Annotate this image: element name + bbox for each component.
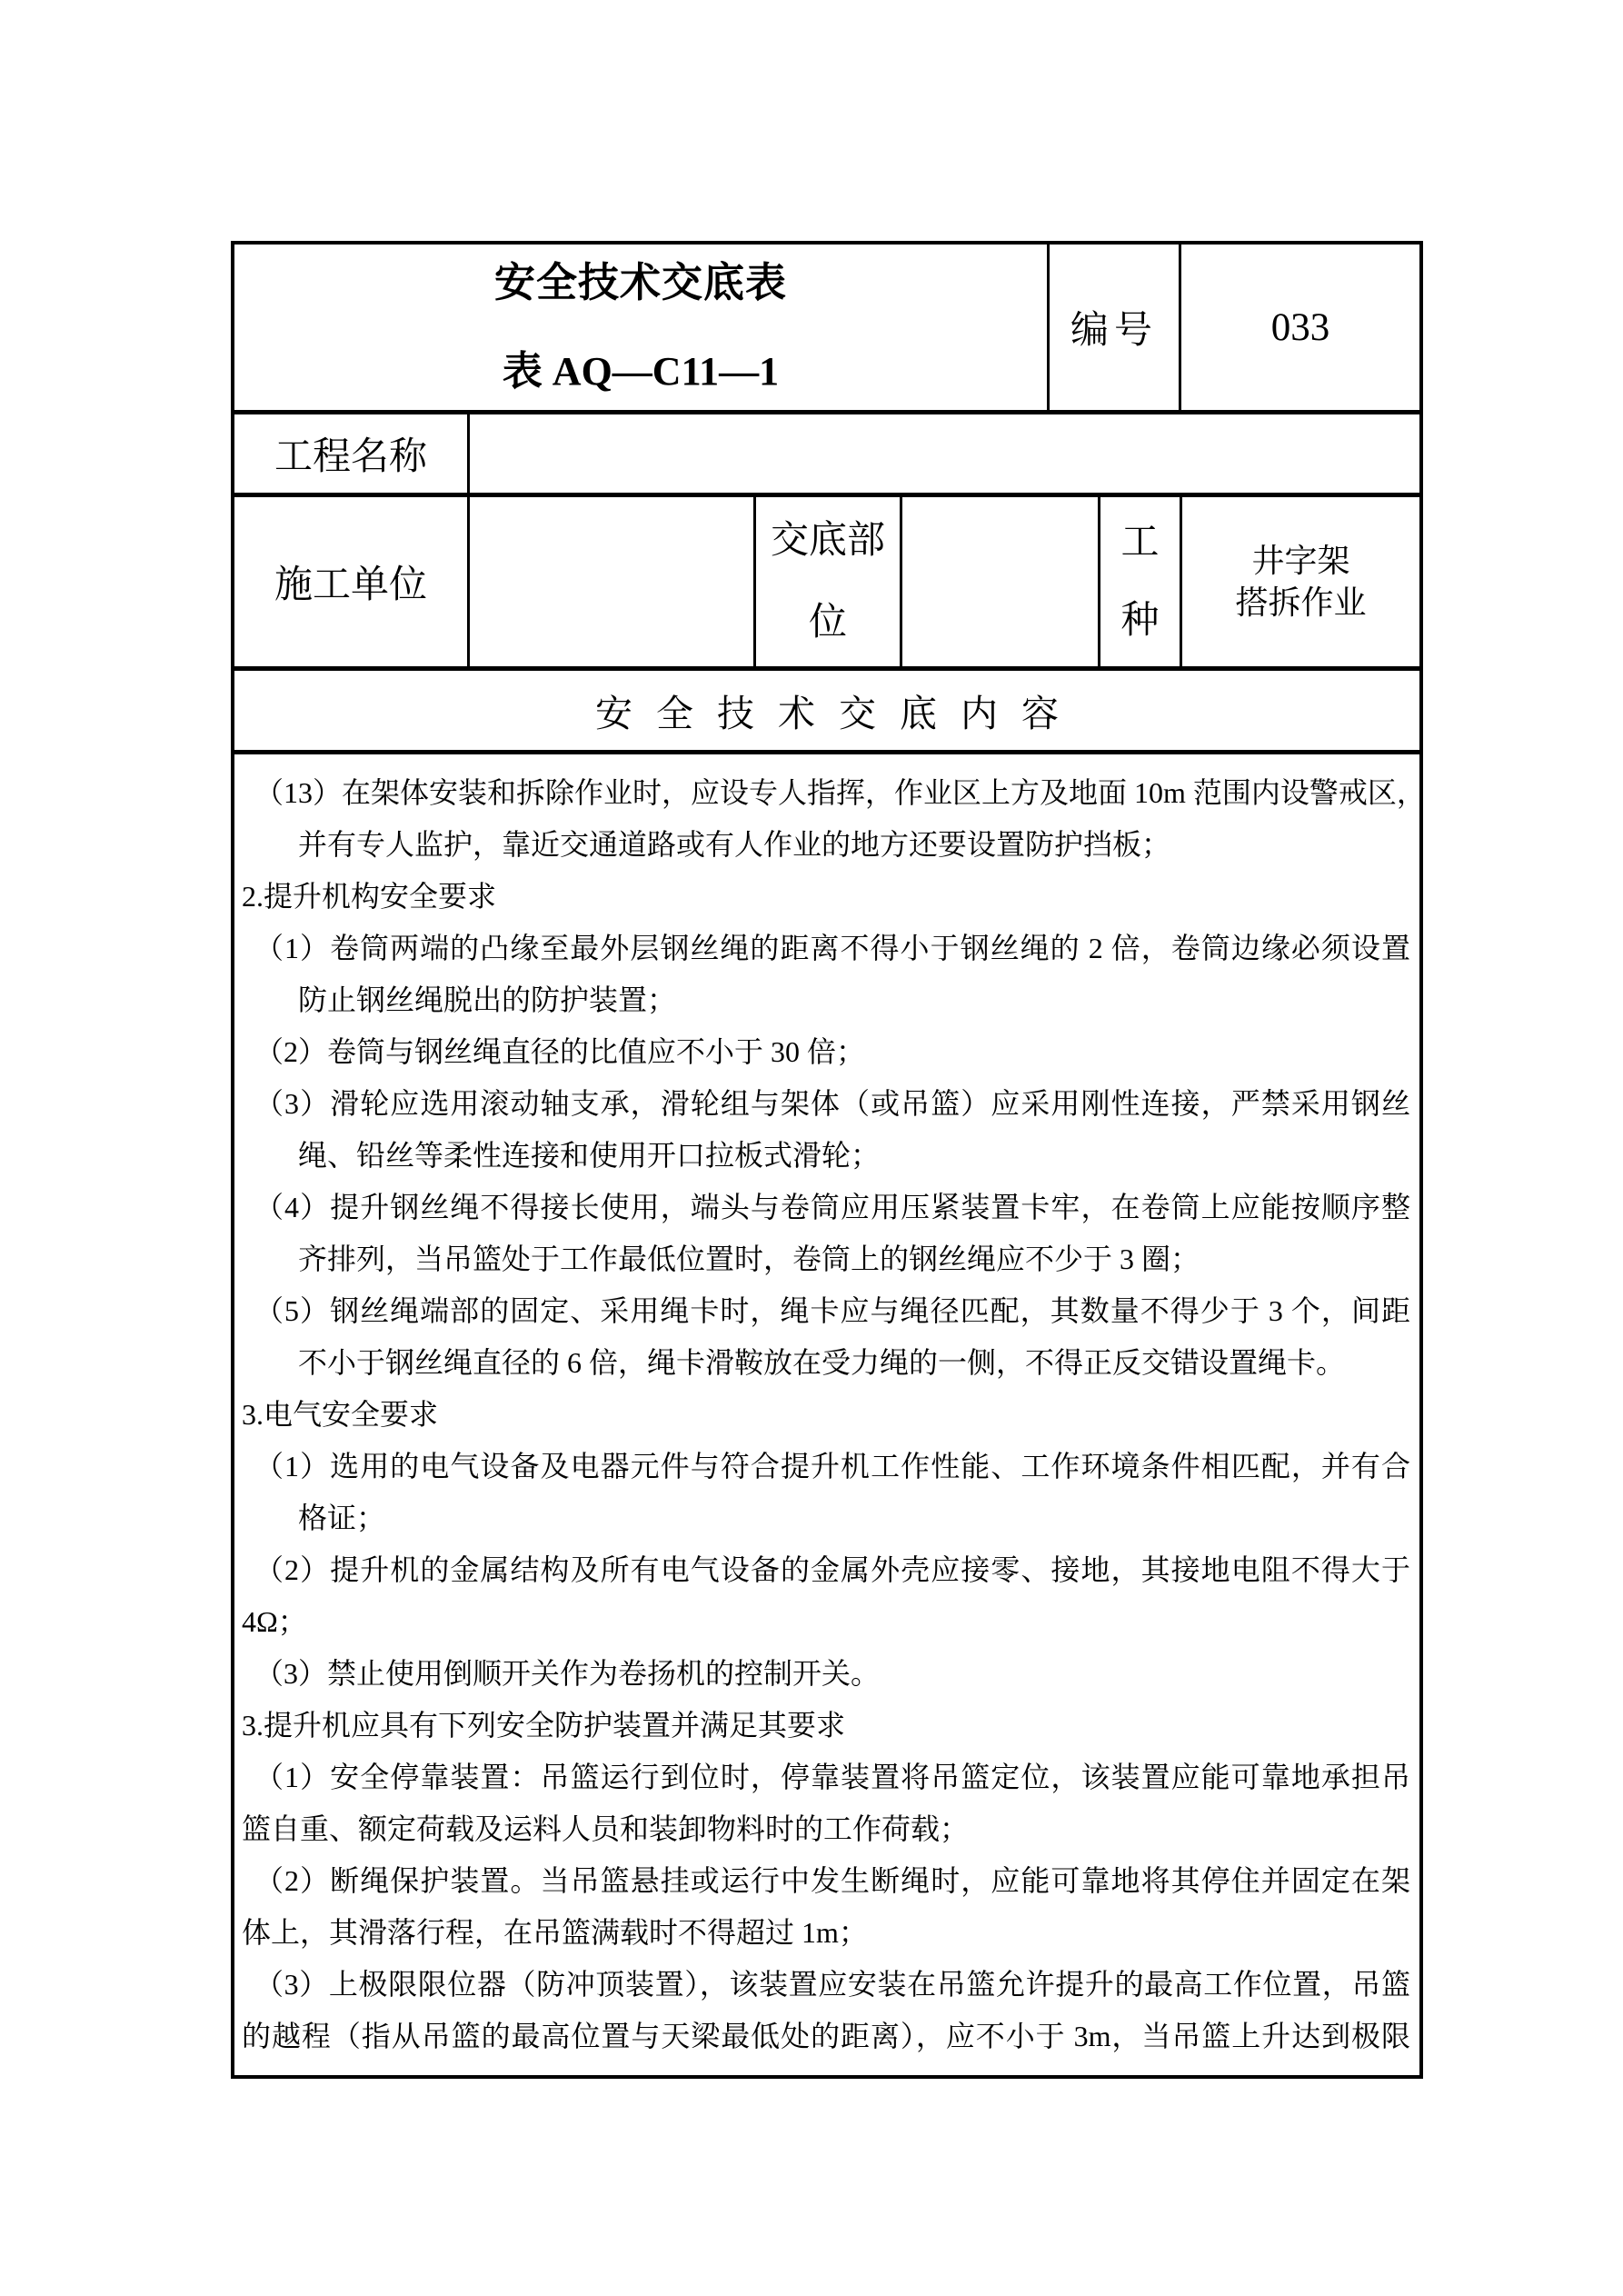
content-body-row: （13）在架体安装和拆除作业时，应设专人指挥，作业区上方及地面 10m 范围内设… bbox=[234, 754, 1419, 2075]
content-line: （2）卷筒与钢丝绳直径的比值应不小于 30 倍； bbox=[234, 1026, 1419, 1078]
content-line: （13）在架体安装和拆除作业时，应设专人指挥，作业区上方及地面 10m 范围内设… bbox=[234, 767, 1419, 819]
content-line: 格证； bbox=[234, 1492, 1419, 1544]
content-line: 并有专人监护，靠近交通道路或有人作业的地方还要设置防护挡板； bbox=[234, 819, 1419, 871]
content-line: 齐排列，当吊篮处于工作最低位置时，卷筒上的钢丝绳应不少于 3 圈； bbox=[234, 1233, 1419, 1285]
content-line: 防止钢丝绳脱出的防护装置； bbox=[234, 974, 1419, 1026]
content-line: 篮自重、额定荷载及运料人员和装卸物料时的工作荷载； bbox=[234, 1803, 1419, 1855]
content-line: （3）禁止使用倒顺开关作为卷扬机的控制开关。 bbox=[234, 1648, 1419, 1700]
content-line: 3.电气安全要求 bbox=[234, 1389, 1419, 1441]
serial-label-cell: 编号 bbox=[1050, 245, 1181, 410]
content-line: 体上，其滑落行程，在吊篮满载时不得超过 1m； bbox=[234, 1907, 1419, 1959]
content-line: （1）选用的电气设备及电器元件与符合提升机工作性能、工作环境条件相匹配，并有合 bbox=[234, 1441, 1419, 1492]
content-section-title-cell: 安全技术交底内容 bbox=[234, 671, 1419, 750]
work-type-value-line: 搭拆作业 bbox=[1235, 582, 1366, 624]
work-type-value-cell: 井字架 搭拆作业 bbox=[1182, 497, 1419, 666]
content-line: 3.提升机应具有下列安全防护装置并满足其要求 bbox=[234, 1700, 1419, 1752]
content-line: （3）上极限限位器（防冲顶装置），该装置应安装在吊篮允许提升的最高工作位置，吊篮 bbox=[234, 1959, 1419, 2011]
work-type-value-line: 井字架 bbox=[1251, 540, 1349, 582]
content-line: 绳、铅丝等柔性连接和使用开口拉板式滑轮； bbox=[234, 1130, 1419, 1182]
content-line: （5）钢丝绳端部的固定、采用绳卡时，绳卡应与绳径匹配，其数量不得少于 3 个，间… bbox=[234, 1285, 1419, 1337]
project-name-value-cell bbox=[470, 414, 1419, 493]
project-name-row: 工程名称 bbox=[234, 414, 1419, 497]
serial-value-cell: 033 bbox=[1181, 245, 1419, 410]
content-header-row: 安全技术交底内容 bbox=[234, 671, 1419, 754]
content-line: （1）安全停靠装置：吊篮运行到位时，停靠装置将吊篮定位，该装置应能可靠地承担吊 bbox=[234, 1752, 1419, 1803]
project-name-label-cell: 工程名称 bbox=[234, 414, 470, 493]
content-line: （1）卷筒两端的凸缘至最外层钢丝绳的距离不得小于钢丝绳的 2 倍，卷筒边缘必须设… bbox=[234, 923, 1419, 974]
title-row: 安全技术交底表 表 AQ—C11—1 编号 033 bbox=[234, 245, 1419, 414]
content-line: （4）提升钢丝绳不得接长使用，端头与卷筒应用压紧装置卡牢，在卷筒上应能按顺序整 bbox=[234, 1182, 1419, 1233]
project-name-label: 工程名称 bbox=[274, 426, 427, 481]
document-page: 安全技术交底表 表 AQ—C11—1 编号 033 工程名称 施工单位 bbox=[0, 0, 1623, 2296]
doc-title-cell: 安全技术交底表 表 AQ—C11—1 bbox=[234, 245, 1050, 410]
safety-disclosure-table: 安全技术交底表 表 AQ—C11—1 编号 033 工程名称 施工单位 bbox=[231, 241, 1423, 2079]
content-line: （2）提升机的金属结构及所有电气设备的金属外壳应接零、接地，其接地电阻不得大于 bbox=[234, 1544, 1419, 1596]
content-line: （3）滑轮应选用滚动轴支承，滑轮组与架体（或吊篮）应采用刚性连接，严禁采用钢丝 bbox=[234, 1078, 1419, 1130]
construction-unit-label-cell: 施工单位 bbox=[234, 497, 470, 666]
construction-unit-value-cell bbox=[470, 497, 756, 666]
work-type-label-cell: 工种 bbox=[1100, 497, 1182, 666]
content-line: （2）断绳保护装置。当吊篮悬挂或运行中发生断绳时，应能可靠地将其停住并固定在架 bbox=[234, 1855, 1419, 1907]
content-line: 4Ω； bbox=[234, 1596, 1419, 1648]
disclosure-part-label: 交底部位 bbox=[769, 500, 887, 664]
work-type-label: 工种 bbox=[1120, 504, 1160, 660]
doc-title: 安全技术交底表 bbox=[494, 245, 787, 327]
doc-form-number: 表 AQ—C11—1 bbox=[503, 327, 779, 410]
content-line: 不小于钢丝绳直径的 6 倍，绳卡滑鞍放在受力绳的一侧，不得正反交错设置绳卡。 bbox=[234, 1337, 1419, 1389]
serial-label: 编号 bbox=[1070, 300, 1158, 354]
serial-value: 033 bbox=[1271, 305, 1330, 350]
construction-unit-row: 施工单位 交底部位 工种 井字架 搭拆作业 bbox=[234, 497, 1419, 671]
content-line: 的越程（指从吊篮的最高位置与天梁最低处的距离），应不小于 3m，当吊篮上升达到极… bbox=[234, 2011, 1419, 2062]
construction-unit-label: 施工单位 bbox=[274, 554, 427, 609]
disclosure-part-label-cell: 交底部位 bbox=[756, 497, 902, 666]
content-line: 2.提升机构安全要求 bbox=[234, 871, 1419, 923]
disclosure-part-value-cell bbox=[902, 497, 1100, 666]
content-section-title: 安全技术交底内容 bbox=[595, 684, 1082, 737]
content-body: （13）在架体安装和拆除作业时，应设专人指挥，作业区上方及地面 10m 范围内设… bbox=[234, 754, 1419, 2075]
